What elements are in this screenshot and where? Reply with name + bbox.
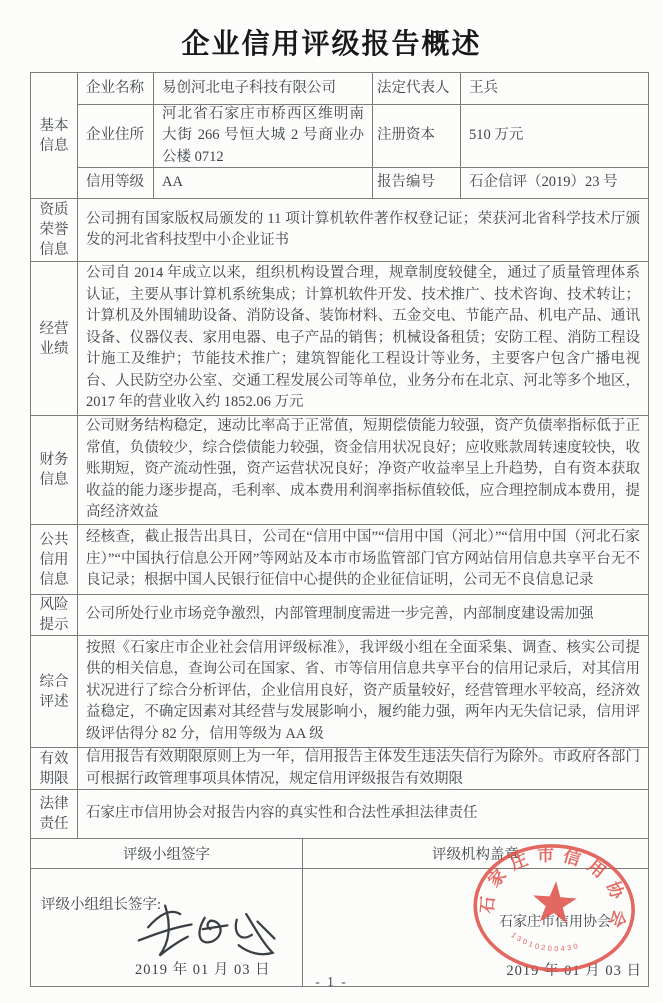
report-no-label: 报告编号 xyxy=(377,172,456,194)
rating-label: 信用等级 xyxy=(86,172,145,194)
signoff-table: 评级小组签字 评级机构盖章 评级小组组长签字: xyxy=(30,838,649,987)
section-label: 法律责任 xyxy=(39,794,70,834)
company-name-value: 易创河北电子科技有限公司 xyxy=(162,78,364,100)
agency-seal-cell: 石家庄市信用协会 2019 年 01 月 03 日 xyxy=(303,869,648,986)
capital-value: 510 万元 xyxy=(469,125,640,147)
document-title: 企业信用评级报告概述 xyxy=(0,0,663,62)
section-content: 公司所处行业市场竞争激烈，内部管理制度需进一步完善，内部制度建设需加强 xyxy=(86,604,640,626)
row-basic-name: 基本信息 企业名称 易创河北电子科技有限公司 法定代表人 王兵 xyxy=(31,73,649,105)
section-label: 公共信用信息 xyxy=(39,530,70,590)
address-value: 河北省石家庄市桥西区维明南大街 266 号恒大城 2 号商业办公楼 0712 xyxy=(162,105,364,167)
company-name-label: 企业名称 xyxy=(86,78,145,100)
section-legal: 法律责任 石家庄市信用协会对报告内容的真实性和合法性承担法律责任 xyxy=(31,790,649,839)
section-content: 经核查，截止报告出具日，公司在“信用中国”“信用中国（河北）”“信用中国（河北石… xyxy=(86,527,640,592)
report-page: 企业信用评级报告概述 基本信息 企业名称 易创河北电子科技有限公司 法定代表人 … xyxy=(0,0,663,1003)
section-label: 资质荣誉信息 xyxy=(39,200,70,260)
section-qualifications: 资质荣誉信息 公司拥有国家版权局颁发的 11 项计算机软件著作权登记证；荣获河北… xyxy=(31,199,649,262)
team-sign-header: 评级小组签字 xyxy=(31,839,302,868)
section-label: 有效期限 xyxy=(39,749,70,789)
row-basic-address: 企业住所 河北省石家庄市桥西区维明南大街 266 号恒大城 2 号商业办公楼 0… xyxy=(31,105,649,168)
section-content: 按照《石家庄市企业社会信用评级标准》，我评级小组在全面采集、调查、核实公司提供的… xyxy=(86,638,640,746)
section-content: 公司财务结构稳定，速动比率高于正常值，短期偿债能力较强，资产负债率指标低于正常值… xyxy=(86,416,640,524)
signoff-body-row: 评级小组组长签字: 2019 年 01 月 xyxy=(31,869,649,987)
section-label: 综合评述 xyxy=(39,672,70,712)
section-content: 信用报告有效期限原则上为一年，信用报告主体发生违法失信行为除外。市政府各部门可根… xyxy=(86,748,640,789)
section-content: 公司拥有国家版权局颁发的 11 项计算机软件著作权登记证；荣获河北省科学技术厅颁… xyxy=(86,209,640,252)
section-label: 经营业绩 xyxy=(39,319,70,359)
page-number: - 1 - xyxy=(0,974,663,990)
section-validity: 有效期限 信用报告有效期限原则上为一年，信用报告主体发生违法失信行为除外。市政府… xyxy=(31,748,649,790)
section-content: 石家庄市信用协会对报告内容的真实性和合法性承担法律责任 xyxy=(86,803,640,825)
section-summary: 综合评述 按照《石家庄市企业社会信用评级标准》，我评级小组在全面采集、调查、核实… xyxy=(31,636,649,748)
basic-section-label-cell: 基本信息 xyxy=(31,73,78,199)
legal-rep-label: 法定代表人 xyxy=(377,78,456,100)
section-content: 公司自 2014 年成立以来，组织机构设置合理，规章制度较健全，通过了质量管理体… xyxy=(86,263,640,414)
section-public-credit: 公共信用信息 经核查，截止报告出具日，公司在“信用中国”“信用中国（河北）”“信… xyxy=(31,525,649,595)
report-table: 基本信息 企业名称 易创河北电子科技有限公司 法定代表人 王兵 企业住所 河北省… xyxy=(30,72,649,839)
rating-value: AA xyxy=(162,172,364,194)
address-label: 企业住所 xyxy=(86,125,145,147)
handwritten-signature xyxy=(131,899,286,965)
capital-label: 注册资本 xyxy=(377,125,456,147)
legal-rep-value: 王兵 xyxy=(469,78,640,100)
report-no-value: 石企信评（2019）23 号 xyxy=(469,172,640,194)
signoff-header-row: 评级小组签字 评级机构盖章 xyxy=(31,839,649,869)
row-basic-rating: 信用等级 AA 报告编号 石企信评（2019）23 号 xyxy=(31,168,649,199)
agency-seal-header: 评级机构盖章 xyxy=(303,839,648,868)
section-label: 财务信息 xyxy=(39,450,70,490)
section-label-basic: 基本信息 xyxy=(39,116,70,156)
section-business: 经营业绩 公司自 2014 年成立以来，组织机构设置合理，规章制度较健全，通过了… xyxy=(31,262,649,416)
team-signature-cell: 评级小组组长签字: 2019 年 01 月 xyxy=(31,869,302,986)
section-financial: 财务信息 公司财务结构稳定，速动比率高于正常值，短期偿债能力较强，资产负债率指标… xyxy=(31,416,649,525)
section-label: 风险提示 xyxy=(39,595,70,635)
section-risk: 风险提示 公司所处行业市场竞争激烈，内部管理制度需进一步完善，内部制度建设需加强 xyxy=(31,595,649,636)
agency-name: 石家庄市信用协会 xyxy=(499,911,611,931)
